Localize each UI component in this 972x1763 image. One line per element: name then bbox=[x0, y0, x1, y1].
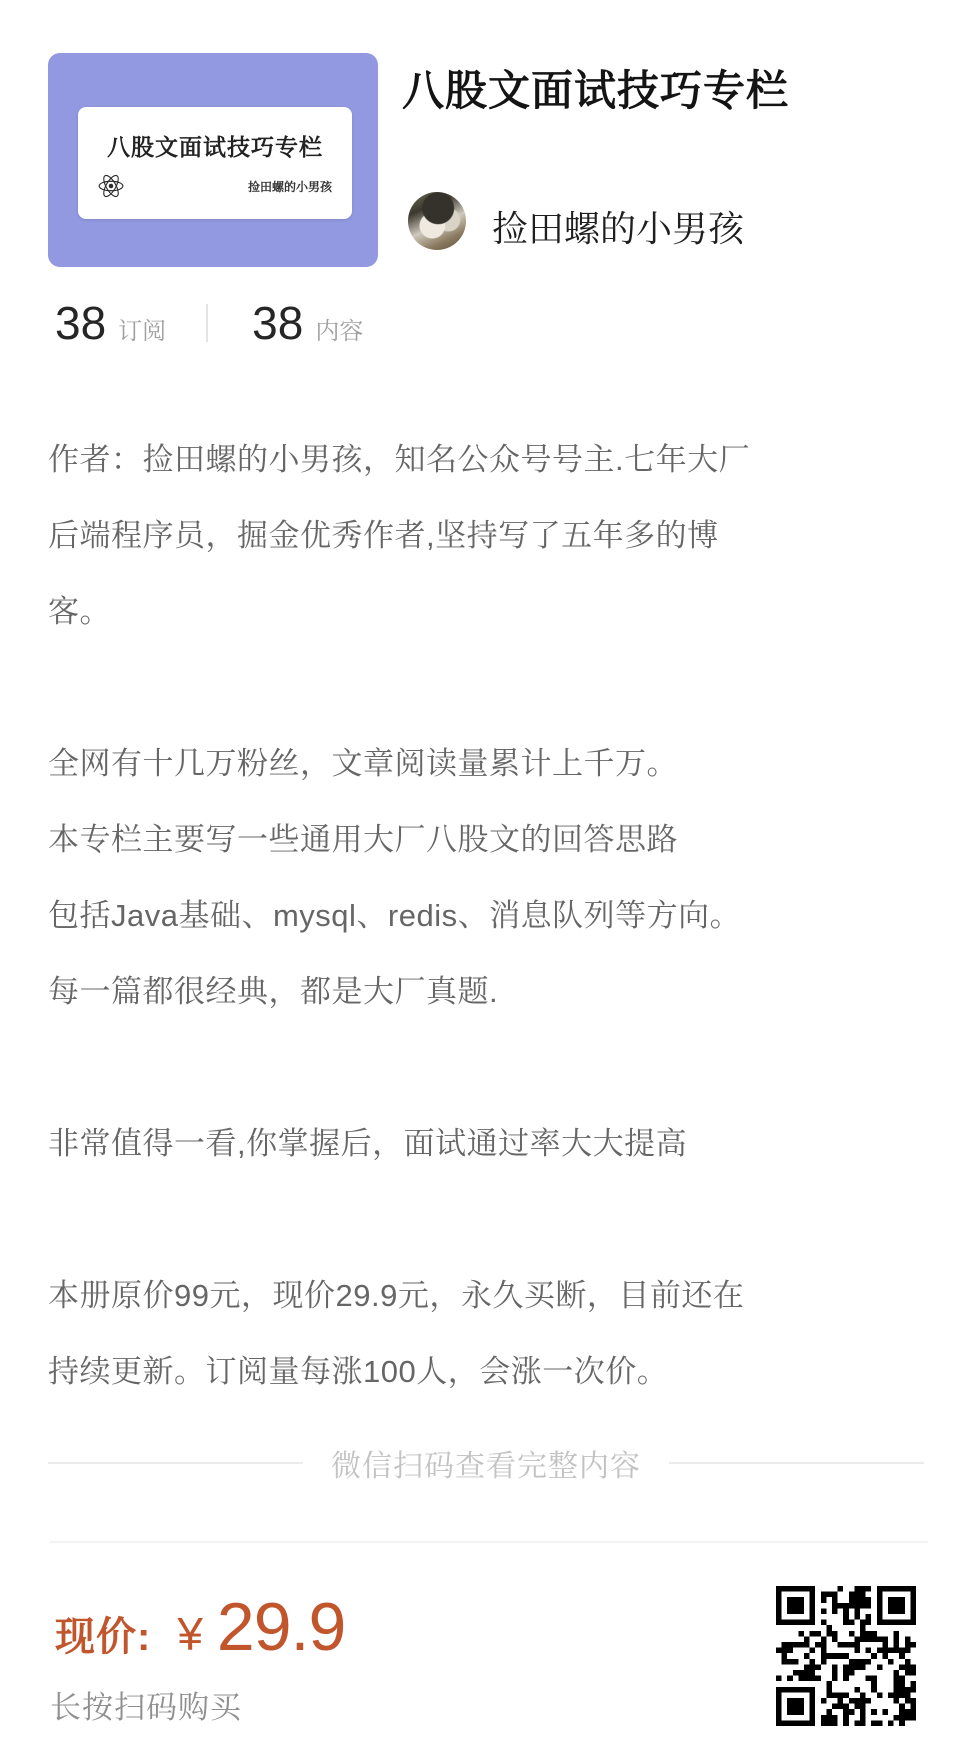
description-line: 全网有十几万粉丝，文章阅读量累计上千万。 bbox=[48, 726, 938, 802]
column-intro-page: 八股文面试技巧专栏 捡田螺的小男孩 八股文面试技巧专栏 捡田螺的小男孩 38 订… bbox=[0, 0, 972, 1763]
description-line: 非常值得一看,你掌握后，面试通过率大大提高 bbox=[48, 1106, 938, 1182]
currency-symbol: ¥ bbox=[177, 1607, 203, 1661]
description-line: 本册原价99元，现价29.9元，永久买断，目前还在 bbox=[48, 1258, 938, 1334]
description-line: 每一篇都很经典，都是大厂真题. bbox=[48, 954, 938, 1030]
price-label: 现价: bbox=[55, 1605, 151, 1662]
description-line: 客。 bbox=[48, 574, 938, 650]
description-paragraph: 非常值得一看,你掌握后，面试通过率大大提高 bbox=[48, 1106, 938, 1182]
description-line: 后端程序员，掘金优秀作者,坚持写了五年多的博 bbox=[48, 498, 938, 574]
scan-divider: 微信扫码查看完整内容 bbox=[48, 1440, 924, 1486]
description: 作者：捡田螺的小男孩，知名公众号号主.七年大厂 后端程序员，掘金优秀作者,坚持写… bbox=[48, 422, 938, 1410]
section-divider bbox=[50, 1541, 928, 1543]
cover-card-inner: 八股文面试技巧专栏 捡田螺的小男孩 bbox=[78, 107, 352, 219]
stat-subscribers: 38 订阅 bbox=[55, 296, 166, 350]
description-line: 包括Java基础、mysql、redis、消息队列等方向。 bbox=[48, 878, 938, 954]
description-line: 作者：捡田螺的小男孩，知名公众号号主.七年大厂 bbox=[48, 422, 938, 498]
description-paragraph: 本册原价99元，现价29.9元，永久买断，目前还在 持续更新。订阅量每涨100人… bbox=[48, 1258, 938, 1410]
description-line: 本专栏主要写一些通用大厂八股文的回答思路 bbox=[48, 802, 938, 878]
content-count: 38 bbox=[252, 296, 303, 350]
cover-card-title: 八股文面试技巧专栏 bbox=[78, 129, 352, 162]
qr-code[interactable] bbox=[776, 1586, 916, 1726]
description-paragraph: 作者：捡田螺的小男孩，知名公众号号主.七年大厂 后端程序员，掘金优秀作者,坚持写… bbox=[48, 422, 938, 650]
author-name[interactable]: 捡田螺的小男孩 bbox=[492, 201, 744, 252]
stat-contents: 38 内容 bbox=[252, 296, 363, 350]
price-row: 现价: ¥ 29.9 bbox=[55, 1588, 345, 1666]
description-line: 持续更新。订阅量每涨100人，会涨一次价。 bbox=[48, 1334, 938, 1410]
subscriber-count: 38 bbox=[55, 296, 106, 350]
author-avatar[interactable] bbox=[408, 192, 466, 250]
price-value: 29.9 bbox=[217, 1588, 345, 1666]
subscriber-label: 订阅 bbox=[118, 311, 166, 346]
cover-card-author: 捡田螺的小男孩 bbox=[248, 178, 332, 195]
cover-card: 八股文面试技巧专栏 捡田螺的小男孩 bbox=[48, 53, 378, 267]
description-paragraph: 全网有十几万粉丝，文章阅读量累计上千万。 本专栏主要写一些通用大厂八股文的回答思… bbox=[48, 726, 938, 1030]
stats-row: 38 订阅 38 内容 bbox=[55, 296, 363, 350]
divider-rule-left bbox=[48, 1462, 303, 1464]
stats-divider bbox=[206, 304, 208, 342]
page-title: 八股文面试技巧专栏 bbox=[402, 58, 789, 118]
scan-divider-label: 微信扫码查看完整内容 bbox=[303, 1441, 669, 1485]
divider-rule-right bbox=[669, 1462, 924, 1464]
content-label: 内容 bbox=[315, 311, 363, 346]
react-atom-icon bbox=[98, 173, 124, 199]
purchase-hint: 长按扫码购买 bbox=[50, 1682, 242, 1727]
